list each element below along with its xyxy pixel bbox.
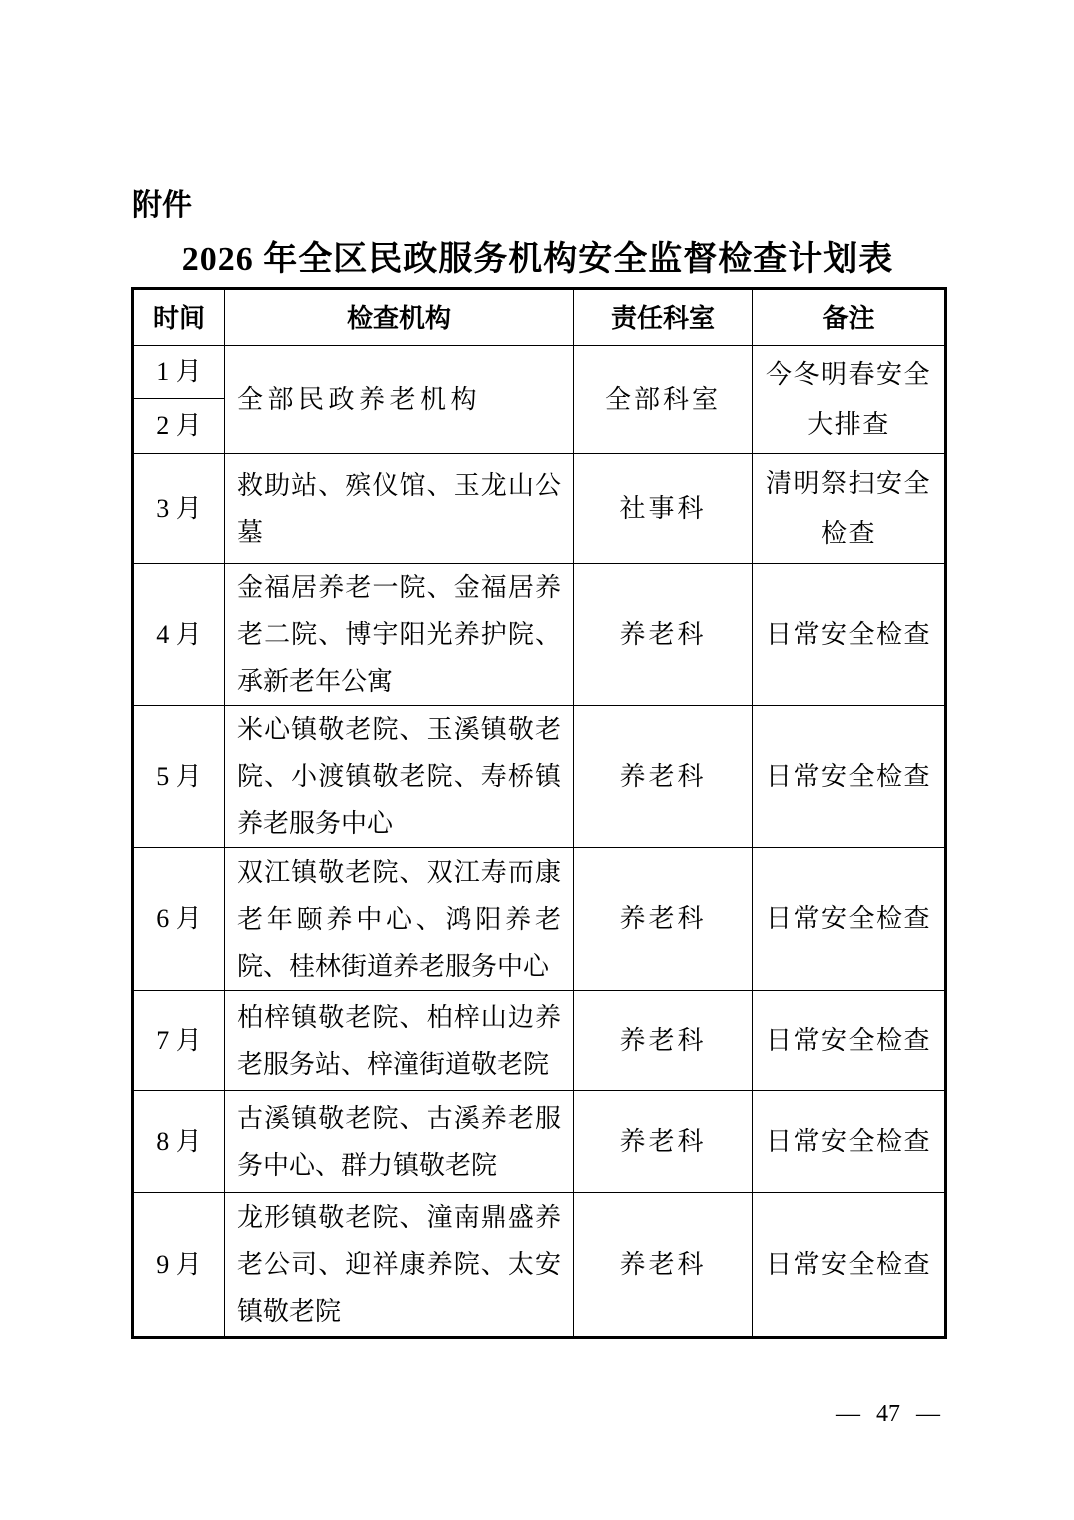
page-title: 2026 年全区民政服务机构安全监督检查计划表	[131, 238, 944, 282]
inspection-plan-table: 时间 检查机构 责任科室 备注 1 月 全部民政养老机构 全部科室 今冬明春安全…	[131, 287, 947, 1339]
institution-cell: 全部民政养老机构	[225, 346, 574, 454]
table-row: 4 月 金福居养老一院、金福居养老二院、博宇阳光养护院、承新老年公寓 养老科 日…	[133, 564, 946, 706]
header-remark: 备注	[753, 289, 946, 346]
department-cell: 养老科	[574, 1091, 753, 1193]
institution-cell: 救助站、殡仪馆、玉龙山公墓	[225, 454, 574, 564]
department-cell: 全部科室	[574, 346, 753, 454]
month-cell: 1 月	[133, 346, 225, 399]
department-cell: 养老科	[574, 848, 753, 991]
table-row: 3 月 救助站、殡仪馆、玉龙山公墓 社事科 清明祭扫安全检查	[133, 454, 946, 564]
month-cell: 3 月	[133, 454, 225, 564]
table-row: 9 月 龙形镇敬老院、潼南鼎盛养老公司、迎祥康养院、太安镇敬老院 养老科 日常安…	[133, 1193, 946, 1338]
remark-cell: 清明祭扫安全检查	[753, 454, 946, 564]
remark-cell: 日常安全检查	[753, 1193, 946, 1338]
department-cell: 养老科	[574, 564, 753, 706]
institution-cell: 柏梓镇敬老院、柏梓山边养老服务站、梓潼街道敬老院	[225, 991, 574, 1091]
month-cell: 5 月	[133, 706, 225, 848]
department-cell: 养老科	[574, 706, 753, 848]
department-cell: 社事科	[574, 454, 753, 564]
header-time: 时间	[133, 289, 225, 346]
remark-cell: 日常安全检查	[753, 1091, 946, 1193]
document-page: 附件 2026 年全区民政服务机构安全监督检查计划表 时间 检查机构 责任科室 …	[0, 0, 1074, 1520]
table-row: 1 月 全部民政养老机构 全部科室 今冬明春安全大排查	[133, 346, 946, 399]
institution-cell: 金福居养老一院、金福居养老二院、博宇阳光养护院、承新老年公寓	[225, 564, 574, 706]
header-department: 责任科室	[574, 289, 753, 346]
table-header-row: 时间 检查机构 责任科室 备注	[133, 289, 946, 346]
table-row: 5 月 米心镇敬老院、玉溪镇敬老院、小渡镇敬老院、寿桥镇养老服务中心 养老科 日…	[133, 706, 946, 848]
header-institution: 检查机构	[225, 289, 574, 346]
remark-cell: 日常安全检查	[753, 848, 946, 991]
month-cell: 8 月	[133, 1091, 225, 1193]
table-row: 7 月 柏梓镇敬老院、柏梓山边养老服务站、梓潼街道敬老院 养老科 日常安全检查	[133, 991, 946, 1091]
institution-cell: 龙形镇敬老院、潼南鼎盛养老公司、迎祥康养院、太安镇敬老院	[225, 1193, 574, 1338]
month-cell: 2 月	[133, 399, 225, 454]
month-cell: 7 月	[133, 991, 225, 1091]
institution-cell: 古溪镇敬老院、古溪养老服务中心、群力镇敬老院	[225, 1091, 574, 1193]
institution-cell: 双江镇敬老院、双江寿而康老年颐养中心、鸿阳养老院、桂林街道养老服务中心	[225, 848, 574, 991]
table-row: 8 月 古溪镇敬老院、古溪养老服务中心、群力镇敬老院 养老科 日常安全检查	[133, 1091, 946, 1193]
page-number: — 47 —	[836, 1398, 940, 1430]
remark-cell: 今冬明春安全大排查	[753, 346, 946, 454]
remark-cell: 日常安全检查	[753, 564, 946, 706]
remark-cell: 日常安全检查	[753, 706, 946, 848]
month-cell: 6 月	[133, 848, 225, 991]
department-cell: 养老科	[574, 1193, 753, 1338]
month-cell: 4 月	[133, 564, 225, 706]
table-row: 6 月 双江镇敬老院、双江寿而康老年颐养中心、鸿阳养老院、桂林街道养老服务中心 …	[133, 848, 946, 991]
remark-cell: 日常安全检查	[753, 991, 946, 1091]
institution-cell: 米心镇敬老院、玉溪镇敬老院、小渡镇敬老院、寿桥镇养老服务中心	[225, 706, 574, 848]
department-cell: 养老科	[574, 991, 753, 1091]
month-cell: 9 月	[133, 1193, 225, 1338]
attachment-label: 附件	[132, 188, 192, 224]
